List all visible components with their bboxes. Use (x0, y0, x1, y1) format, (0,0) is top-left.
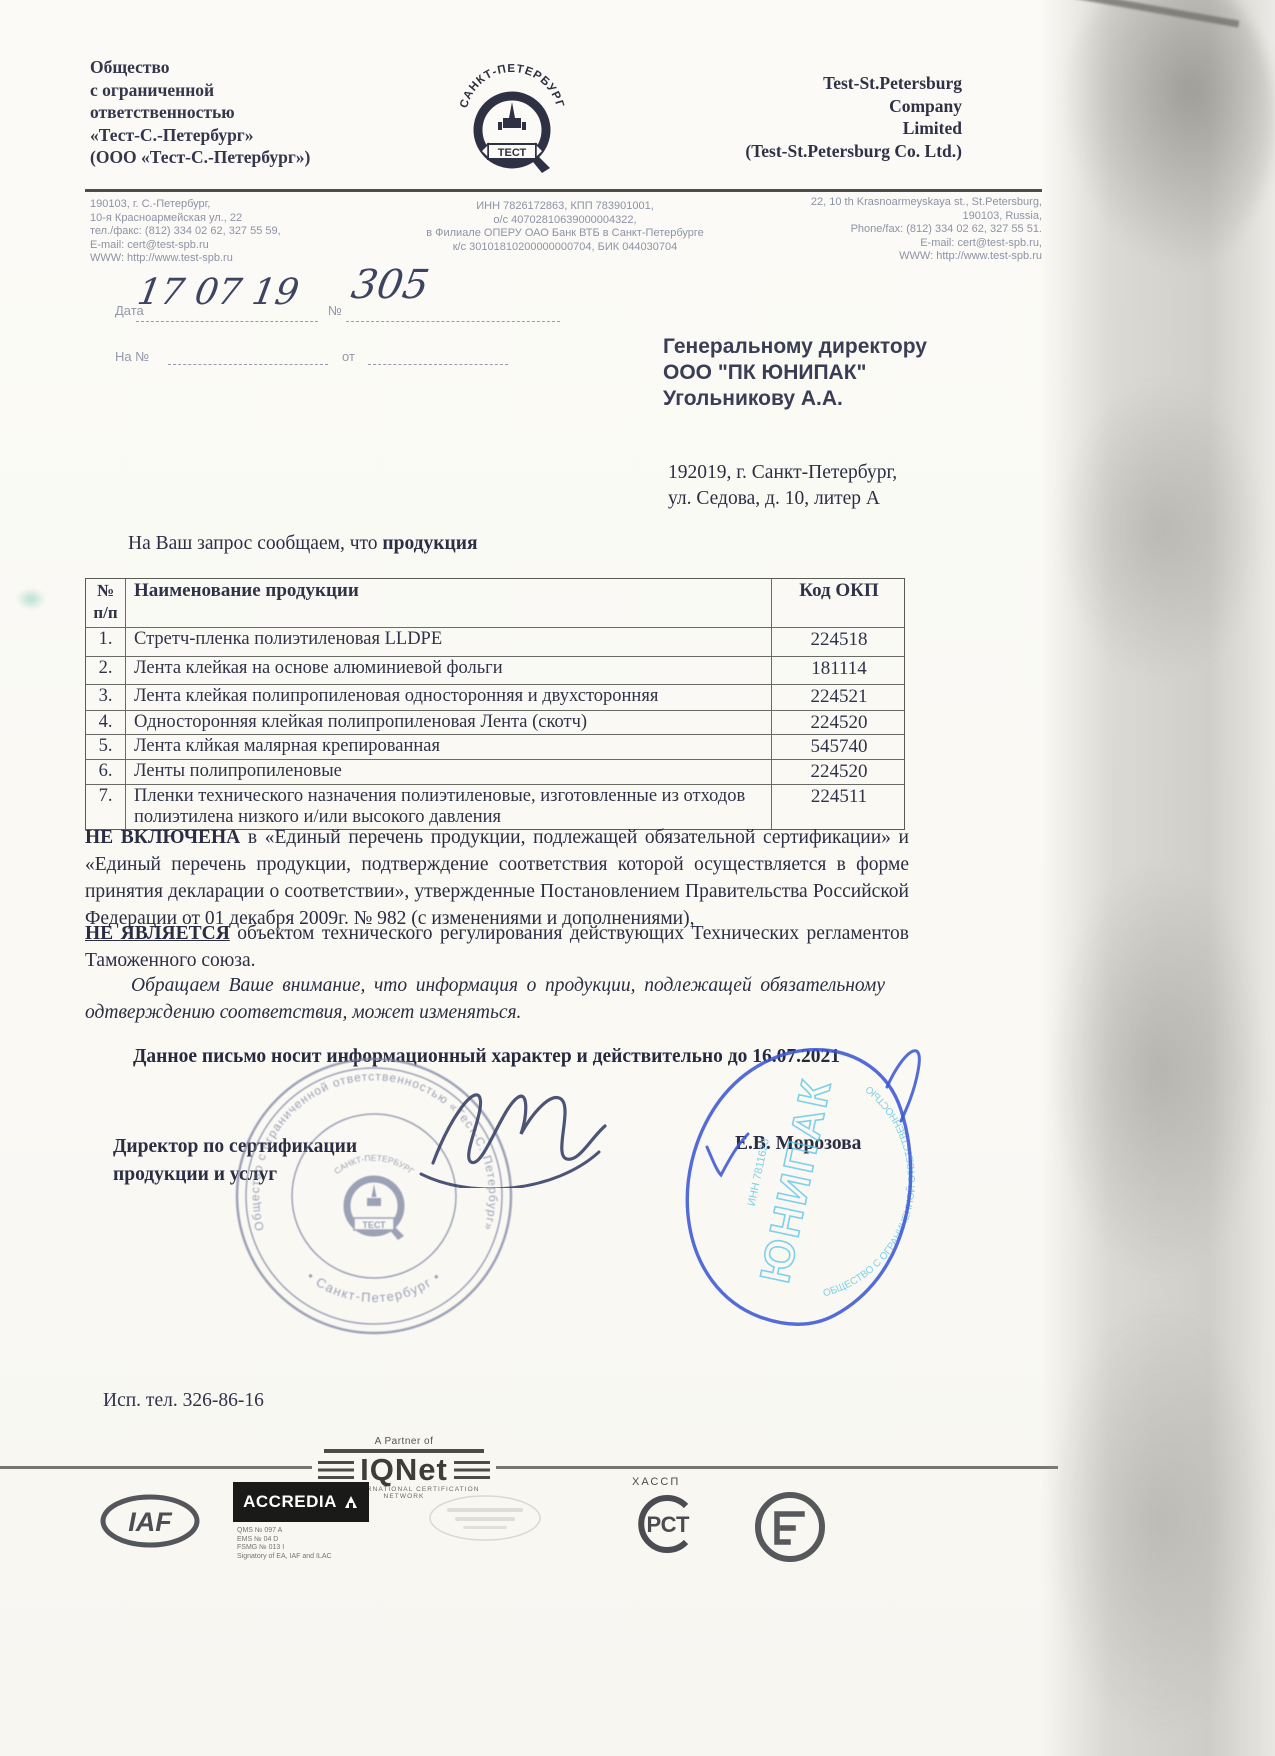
iaf-logo: IAF (98, 1492, 202, 1550)
contact-line: к/с 30101810200000000704, БИК 044030704 (400, 241, 730, 255)
footer-rule-right (496, 1466, 1058, 1469)
product-table: № п/п Наименование продукции Код ОКП 1. … (85, 578, 905, 830)
scan-blotch (1045, 1300, 1270, 1740)
company-logo-icon: САНКТ-ПЕТЕРБУРГ ТЕСТ (448, 52, 576, 184)
company-name-en-line: Test-St.Petersburg (660, 72, 962, 95)
stamp-inner-banner: ТЕСТ (362, 1220, 386, 1230)
company-name-en-line: (Test-St.Petersburg Co. Ltd.) (660, 140, 962, 163)
contact-line: 22, 10 th Krasnoarmeyskaya st., St.Peter… (722, 196, 1042, 210)
from-underline (368, 363, 508, 365)
contact-line: 10-я Красноармейская ул., 22 (90, 212, 281, 226)
company-name-ru-line: с ограниченной (90, 79, 310, 102)
accredia-text: ACCREDIA (243, 1492, 337, 1512)
row-name: Ленты полипропиленовые (126, 760, 771, 784)
row-code: 181114 (771, 657, 904, 684)
header-divider (85, 189, 1042, 192)
company-name-en: Test-St.Petersburg Company Limited (Test… (660, 72, 962, 162)
paragraph-not-regulated: НЕ ЯВЛЯЕТСЯ объектом технического регули… (85, 920, 909, 974)
table-row: 7. Пленки технического назначения полиэт… (86, 785, 904, 829)
date-handwritten: 17 07 19 (134, 272, 302, 313)
blue-stamp-name: ЮНИПАК (751, 1073, 840, 1286)
contact-block-en: 22, 10 th Krasnoarmeyskaya st., St.Peter… (722, 196, 1042, 264)
company-logo: САНКТ-ПЕТЕРБУРГ ТЕСТ (448, 52, 576, 184)
table-row: 5. Лента клйкая малярная крепированная 5… (86, 735, 904, 760)
accredia-certificates: QMS № 097 A EMS № 04 D FSMG № 013 I Sign… (237, 1527, 332, 1561)
recipient-address-line: 192019, г. Санкт-Петербург, (668, 460, 897, 486)
number-handwritten: 305 (348, 262, 432, 308)
row-name: Стретч-пленка полиэтиленовая LLDPE (126, 628, 771, 656)
iaf-text: IAF (128, 1507, 173, 1537)
accredia-cert-line: EMS № 04 D (237, 1536, 332, 1545)
contact-line: E-mail: cert@test-spb.ru, (722, 237, 1042, 251)
row-num: 2. (86, 657, 126, 684)
iqnet-partner-text: A Partner of (318, 1436, 490, 1447)
contact-line: WWW: http://www.test-spb.ru (722, 250, 1042, 264)
row-code: 224518 (771, 628, 904, 656)
recipient-block: Генеральному директору ООО "ПК ЮНИПАК" У… (663, 334, 927, 412)
company-name-en-line: Company (660, 95, 962, 118)
contact-line: ИНН 7826172863, КПП 783901001, (400, 200, 730, 214)
accredia-cert-line: Signatory of EA, IAF and ILAC (237, 1553, 332, 1562)
row-name: Пленки технического назначения полиэтиле… (126, 785, 771, 829)
scanned-letter-page: Общество с ограниченной ответственностью… (0, 0, 1275, 1756)
not-included-bold: НЕ ВКЛЮЧЕНА (85, 827, 240, 848)
on-number-underline (168, 363, 328, 365)
row-num: 3. (86, 685, 126, 710)
cathedral-spire-glyph (498, 102, 526, 130)
svg-text:САНКТ-ПЕТЕРБУРГ: САНКТ-ПЕТЕРБУРГ (332, 1153, 416, 1177)
table-row: 2. Лента клейкая на основе алюминиевой ф… (86, 657, 904, 685)
recipient-line: Угольникову А.А. (663, 386, 927, 412)
table-row: 6. Ленты полипропиленовые 224520 (86, 760, 904, 785)
row-name: Лента клейкая полипропиленовая односторо… (126, 685, 771, 710)
contact-line: 190103, Russia, (722, 210, 1042, 224)
company-name-ru-line: Общество (90, 56, 310, 79)
intro-emphasis: продукция (382, 533, 477, 554)
accredia-emblem-icon (343, 1494, 359, 1510)
haccp-label: ХАССП (632, 1476, 680, 1488)
contact-line: Phone/fax: (812) 334 02 62, 327 55 51. (722, 223, 1042, 237)
company-name-ru-line: (ООО «Тест-С.-Петербург») (90, 146, 310, 169)
row-num: 7. (86, 785, 126, 829)
recipient-address-line: ул. Седова, д. 10, литер А (668, 486, 897, 512)
row-code: 545740 (771, 735, 904, 759)
recipient-line: Генеральному директору (663, 334, 927, 360)
accredia-cert-line: QMS № 097 A (237, 1527, 332, 1536)
svg-text:• Санкт-Петербург •: • Санкт-Петербург • (304, 1268, 443, 1305)
number-sign: № (328, 303, 342, 318)
not-regulated-bold: НЕ ЯВЛЯЕТСЯ (85, 923, 230, 944)
contact-line: тел./факс: (812) 334 02 62, 327 55 59, (90, 225, 281, 239)
faded-logo-icon (425, 1492, 545, 1544)
company-name-ru-line: ответственностью (90, 101, 310, 124)
paragraph-not-included: НЕ ВКЛЮЧЕНА в «Единый перечень продукции… (85, 824, 909, 932)
rst-logo: РСТ (628, 1492, 706, 1556)
accredia-cert-line: FSMG № 013 I (237, 1544, 332, 1553)
scan-edge-shadow (1040, 0, 1275, 1756)
contact-block-bank: ИНН 7826172863, КПП 783901001, о/с 40702… (400, 200, 730, 254)
footer-rule-left (0, 1466, 312, 1469)
accredia-logo: ACCREDIA (233, 1482, 369, 1522)
row-name: Односторонняя клейкая полипропиленовая Л… (126, 711, 771, 734)
contact-line: E-mail: cert@test-spb.ru (90, 239, 281, 253)
rst-logo-icon: РСТ (628, 1492, 706, 1556)
row-num: 5. (86, 735, 126, 759)
row-code: 224520 (771, 711, 904, 734)
contact-line: в Филиале ОПЕРУ ОАО Банк ВТБ в Санкт-Пет… (400, 227, 730, 241)
row-num: 6. (86, 760, 126, 784)
iqnet-stripes-right-icon (454, 1461, 490, 1479)
scan-teal-smudge (16, 588, 46, 610)
intro-text: На Ваш запрос сообщаем, что (128, 533, 378, 554)
table-header-num: № п/п (86, 579, 126, 627)
stamp-inner-arc-text: САНКТ-ПЕТЕРБУРГ (332, 1153, 416, 1177)
pen-check-mark (707, 1134, 748, 1175)
from-label: от (342, 349, 355, 364)
row-code: 224511 (771, 785, 904, 829)
stamp-ring-text-bottom: • Санкт-Петербург • (304, 1268, 443, 1305)
table-header-row: № п/п Наименование продукции Код ОКП (86, 579, 904, 628)
recipient-blue-stamp: ИНН 7811623 ЮНИПАК ОБЩЕСТВО С ОГРАНИЧЕНН… (625, 1015, 965, 1345)
table-row: 1. Стретч-пленка полиэтиленовая LLDPE 22… (86, 628, 904, 657)
handwritten-signature (413, 1068, 623, 1188)
rst-text: РСТ (647, 1512, 690, 1537)
scan-blotch (1060, 0, 1275, 270)
contact-line: 190103, г. С.-Петербург, (90, 198, 281, 212)
gost-emblem-icon (748, 1488, 832, 1566)
iqnet-stripes-left-icon (318, 1461, 354, 1479)
scan-blotch (1048, 860, 1268, 1280)
on-number-label: На № (115, 349, 149, 364)
company-name-ru-line: «Тест-С.-Петербург» (90, 124, 310, 147)
table-header-code: Код ОКП (771, 579, 904, 627)
faded-logo (425, 1492, 545, 1544)
table-row: 3. Лента клейкая полипропиленовая одност… (86, 685, 904, 711)
contact-line: WWW: http://www.test-spb.ru (90, 252, 281, 266)
company-name-ru: Общество с ограниченной ответственностью… (90, 56, 310, 169)
contact-block-ru: 190103, г. С.-Петербург, 10-я Красноарме… (90, 198, 281, 266)
company-name-en-line: Limited (660, 117, 962, 140)
row-num: 4. (86, 711, 126, 734)
iaf-logo-icon: IAF (98, 1492, 202, 1550)
row-name: Лента клейкая на основе алюминиевой фоль… (126, 657, 771, 684)
row-num: 1. (86, 628, 126, 656)
intro-line: На Ваш запрос сообщаем, что продукция (128, 533, 478, 555)
blue-stamp-icon: ИНН 7811623 ЮНИПАК ОБЩЕСТВО С ОГРАНИЧЕНН… (625, 1015, 965, 1345)
executor-phone: Исп. тел. 326-86-16 (103, 1390, 264, 1412)
scan-streak (1073, 0, 1240, 28)
num-header-line: п/п (86, 602, 125, 624)
row-code: 224520 (771, 760, 904, 784)
table-row: 4. Односторонняя клейкая полипропиленова… (86, 711, 904, 735)
num-header-line: № (86, 580, 125, 602)
recipient-address: 192019, г. Санкт-Петербург, ул. Седова, … (668, 460, 897, 512)
date-underline (136, 320, 318, 322)
recipient-line: ООО "ПК ЮНИПАК" (663, 360, 927, 386)
iqnet-wordmark: IQNet (360, 1455, 448, 1485)
row-name: Лента клйкая малярная крепированная (126, 735, 771, 759)
gost-emblem (748, 1488, 832, 1566)
logo-banner-text: ТЕСТ (498, 147, 527, 159)
number-underline (346, 320, 560, 322)
row-code: 224521 (771, 685, 904, 710)
scan-blotch (1055, 380, 1265, 680)
contact-line: о/с 40702810639000004322, (400, 214, 730, 228)
table-header-name: Наименование продукции (126, 579, 771, 627)
signature-stroke-icon (413, 1068, 623, 1188)
